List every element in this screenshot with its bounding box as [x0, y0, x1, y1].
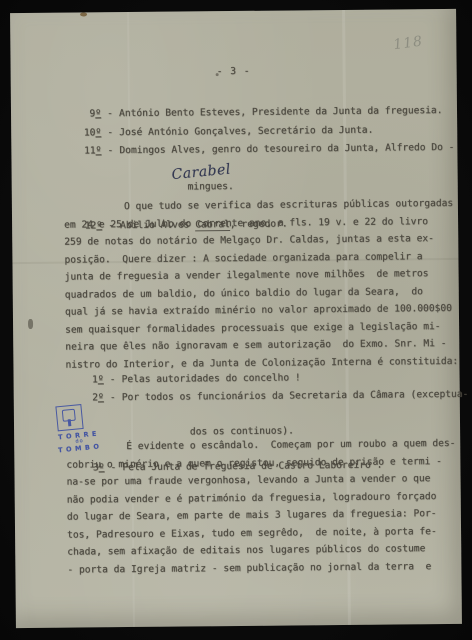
ordinal-number: 11 [84, 146, 96, 157]
paper-sheet: 118 - 3 - 9º - António Bento Esteves, Pr… [10, 9, 462, 628]
pencil-folio-number: 118 [392, 33, 424, 53]
list-item-text: Por todos os funcionários da Secretaria … [122, 388, 469, 402]
list-item-continuation: dos os continuos). [190, 425, 294, 437]
page-number: - 3 - [11, 64, 457, 79]
torre-do-tombo-logo-icon [55, 404, 83, 431]
paper-stain [80, 12, 87, 16]
paragraph-2: É evidente o escândalo. Começam por um r… [66, 435, 457, 579]
list-item: 9º - António Bento Esteves, Presidente d… [81, 102, 454, 124]
ordinal-number: 10 [84, 127, 96, 138]
text-line: - porta da Igreja matriz - sem publicaçã… [67, 557, 456, 578]
separator-dash: - [104, 371, 122, 389]
official-text-continuation: mingues. [187, 181, 233, 192]
separator-dash: - [101, 105, 119, 124]
archive-stamp: TORRE do TOMBO [42, 400, 112, 468]
list-item-text: Pelas autoridades do concelho ! [121, 369, 300, 388]
paragraph-1: O que tudo se verifica das escrituras pú… [64, 195, 458, 374]
paper-edge-mark [28, 319, 33, 329]
official-text: José António Gonçalves, Secretário da Ju… [119, 121, 373, 142]
official-text: Domingos Alves, genro do tesoureiro da J… [119, 142, 454, 156]
scanned-document-page: 118 - 3 - 9º - António Bento Esteves, Pr… [0, 0, 472, 640]
separator-dash: - [101, 124, 119, 143]
official-text: António Bento Esteves, Presidente da Jun… [119, 102, 443, 124]
